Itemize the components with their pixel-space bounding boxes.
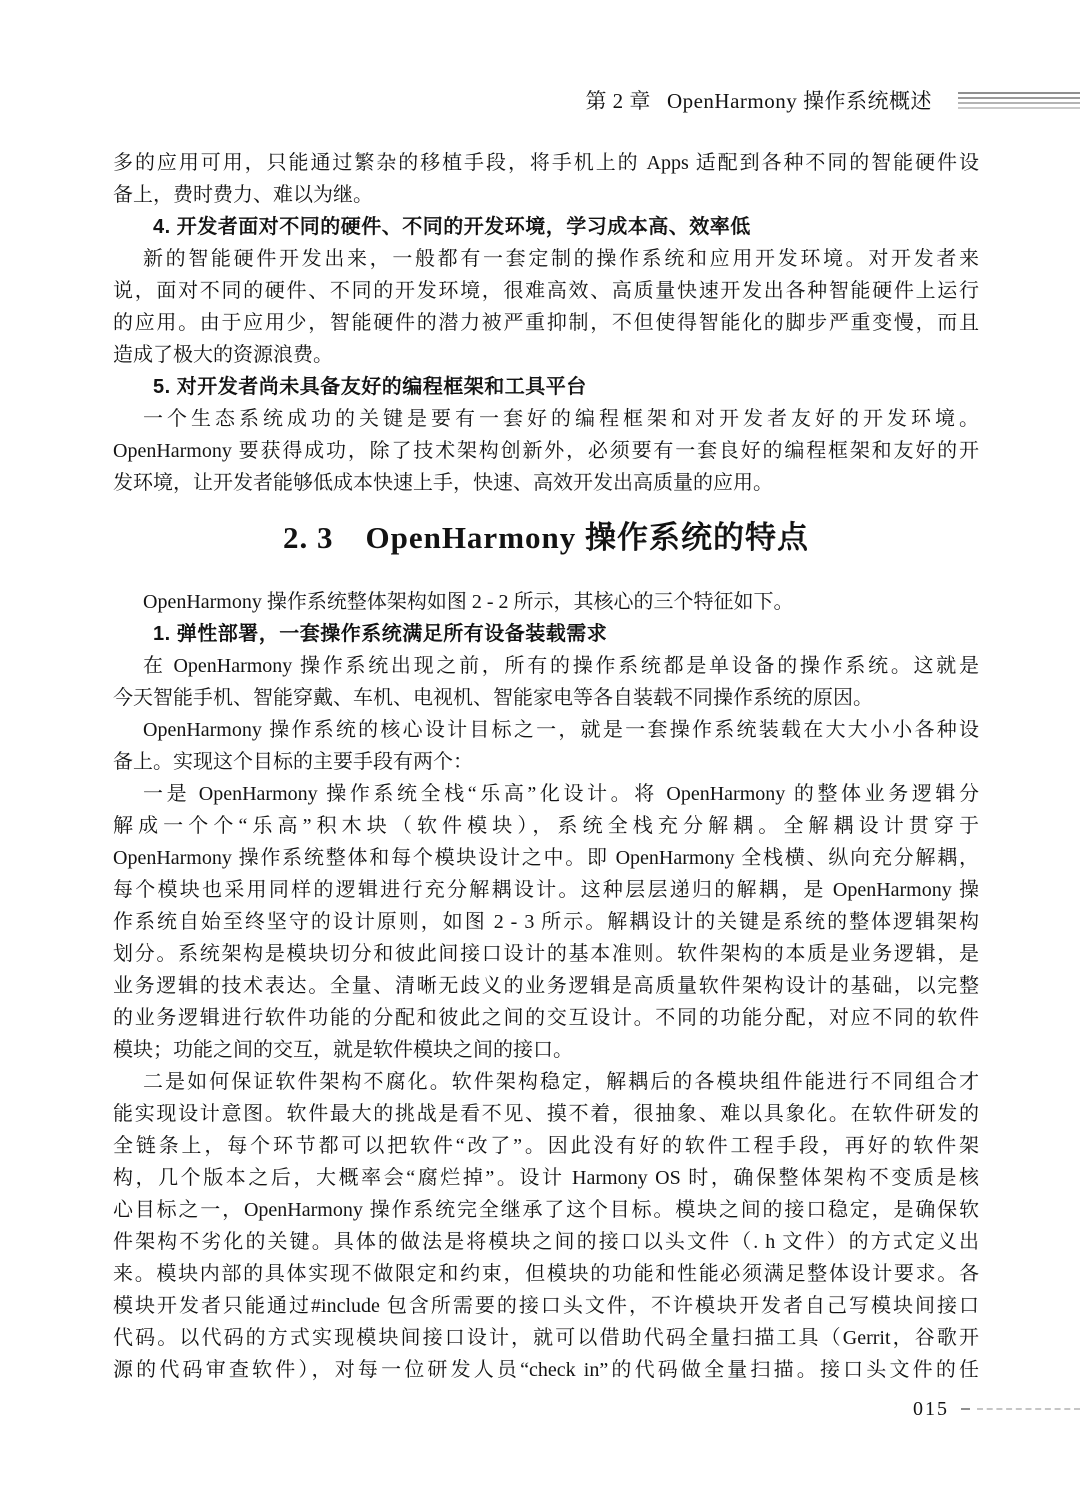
text-line: 每个模块也采用同样的逻辑进行充分解耦设计。这种层层递归的解耦，是 OpenHar… xyxy=(113,874,979,906)
page-number: 015 xyxy=(913,1398,949,1421)
text-line: OpenHarmony 操作系统整体和每个模块设计之中。即 OpenHarmon… xyxy=(113,842,979,874)
running-head: 第 2 章OpenHarmony 操作系统概述 xyxy=(585,85,932,115)
heading-line: 1. 弹性部署，一套操作系统满足所有设备装载需求 xyxy=(113,618,979,650)
text-line: 造成了极大的资源浪费。 xyxy=(113,339,979,371)
text-line: 备上。实现这个目标的主要手段有两个： xyxy=(113,746,979,778)
text-line: 一是 OpenHarmony 操作系统全栈“乐高”化设计。将 OpenHarmo… xyxy=(113,778,979,810)
text-line: 来。模块内部的具体实现不做限定和约束，但模块的功能和性能必须满足整体设计要求。各 xyxy=(113,1258,979,1290)
heading-line: 5. 对开发者尚未具备友好的编程框架和工具平台 xyxy=(113,371,979,403)
text-line: 件架构不劣化的关键。具体的做法是将模块之间的接口以头文件（. h 文件）的方式定… xyxy=(113,1226,979,1258)
text-line: 模块；功能之间的交互，就是软件模块之间的接口。 xyxy=(113,1034,979,1066)
text-line: 业务逻辑的技术表达。全量、清晰无歧义的业务逻辑是高质量软件架构设计的基础，以完整 xyxy=(113,970,979,1002)
text-line: 的业务逻辑进行软件功能的分配和彼此之间的交互设计。不同的功能分配，对应不同的软件 xyxy=(113,1002,979,1034)
text-line: 的应用。由于应用少，智能硬件的潜力被严重抑制，不但使得智能化的脚步严重变慢，而且 xyxy=(113,307,979,339)
text-line: 构，几个版本之后，大概率会“腐烂掉”。设计 Harmony OS 时，确保整体架… xyxy=(113,1162,979,1194)
footer-dashed-rule xyxy=(977,1408,1080,1410)
text-line: 心目标之一，OpenHarmony 操作系统完全继承了这个目标。模块之间的接口稳… xyxy=(113,1194,979,1226)
text-line: 作系统自始至终坚守的设计原则，如图 2 - 3 所示。解耦设计的关键是系统的整体… xyxy=(113,906,979,938)
text-line: 说，面对不同的硬件、不同的开发环境，很难高效、高质量快速开发出各种智能硬件上运行 xyxy=(113,275,979,307)
page-footer: 015 xyxy=(113,1394,1080,1424)
heading-line: 4. 开发者面对不同的硬件、不同的开发环境，学习成本高、效率低 xyxy=(113,211,979,243)
book-page: 第 2 章OpenHarmony 操作系统概述 多的应用可用，只能通过繁杂的移植… xyxy=(0,0,1080,1504)
text-line: 划分。系统架构是模块切分和彼此间接口设计的基本准则。软件架构的本质是业务逻辑，是 xyxy=(113,938,979,970)
text-line: 能实现设计意图。软件最大的挑战是看不见、摸不着，很抽象、难以具象化。在软件研发的 xyxy=(113,1098,979,1130)
chapter-number: 第 2 章 xyxy=(585,89,651,113)
page-body: 多的应用可用，只能通过繁杂的移植手段，将手机上的 Apps 适配到各种不同的智能… xyxy=(113,147,979,1386)
text-line: OpenHarmony 操作系统的核心设计目标之一，就是一套操作系统装载在大大小… xyxy=(113,714,979,746)
text-line: 一个生态系统成功的关键是要有一套好的编程框架和对开发者友好的开发环境。 xyxy=(113,403,979,435)
text-line: 多的应用可用，只能通过繁杂的移植手段，将手机上的 Apps 适配到各种不同的智能… xyxy=(113,147,979,179)
text-line: 源的代码审查软件），对每一位研发人员“check in”的代码做全量扫描。接口头… xyxy=(113,1354,979,1386)
footer-dash-solid xyxy=(961,1408,970,1410)
text-line: 今天智能手机、智能穿戴、车机、电视机、智能家电等各自装载不同操作系统的原因。 xyxy=(113,682,979,714)
header-rule-lines xyxy=(958,92,1080,109)
text-line: 新的智能硬件开发出来，一般都有一套定制的操作系统和应用开发环境。对开发者来 xyxy=(113,243,979,275)
text-line: 全链条上，每个环节都可以把软件“改了”。因此没有好的软件工程手段，再好的软件架 xyxy=(113,1130,979,1162)
text-line: OpenHarmony 操作系统整体架构如图 2 - 2 所示，其核心的三个特征… xyxy=(113,586,979,618)
page-header: 第 2 章OpenHarmony 操作系统概述 xyxy=(113,84,1080,116)
text-line: 模块开发者只能通过#include 包含所需要的接口头文件，不许模块开发者自己写… xyxy=(113,1290,979,1322)
text-line: 代码。以代码的方式实现模块间接口设计，就可以借助代码全量扫描工具（Gerrit，… xyxy=(113,1322,979,1354)
section-title: 2. 3 OpenHarmony 操作系统的特点 xyxy=(113,515,979,561)
text-line: 解成一个个“乐高”积木块（软件模块），系统全栈充分解耦。全解耦设计贯穿于 xyxy=(113,810,979,842)
text-line: 二是如何保证软件架构不腐化。软件架构稳定，解耦后的各模块组件能进行不同组合才 xyxy=(113,1066,979,1098)
text-line: 备上，费时费力、难以为继。 xyxy=(113,179,979,211)
text-line: OpenHarmony 要获得成功，除了技术架构创新外，必须要有一套良好的编程框… xyxy=(113,435,979,467)
chapter-title: OpenHarmony 操作系统概述 xyxy=(667,89,932,113)
text-line: 在 OpenHarmony 操作系统出现之前，所有的操作系统都是单设备的操作系统… xyxy=(113,650,979,682)
text-line: 发环境，让开发者能够低成本快速上手，快速、高效开发出高质量的应用。 xyxy=(113,467,979,499)
